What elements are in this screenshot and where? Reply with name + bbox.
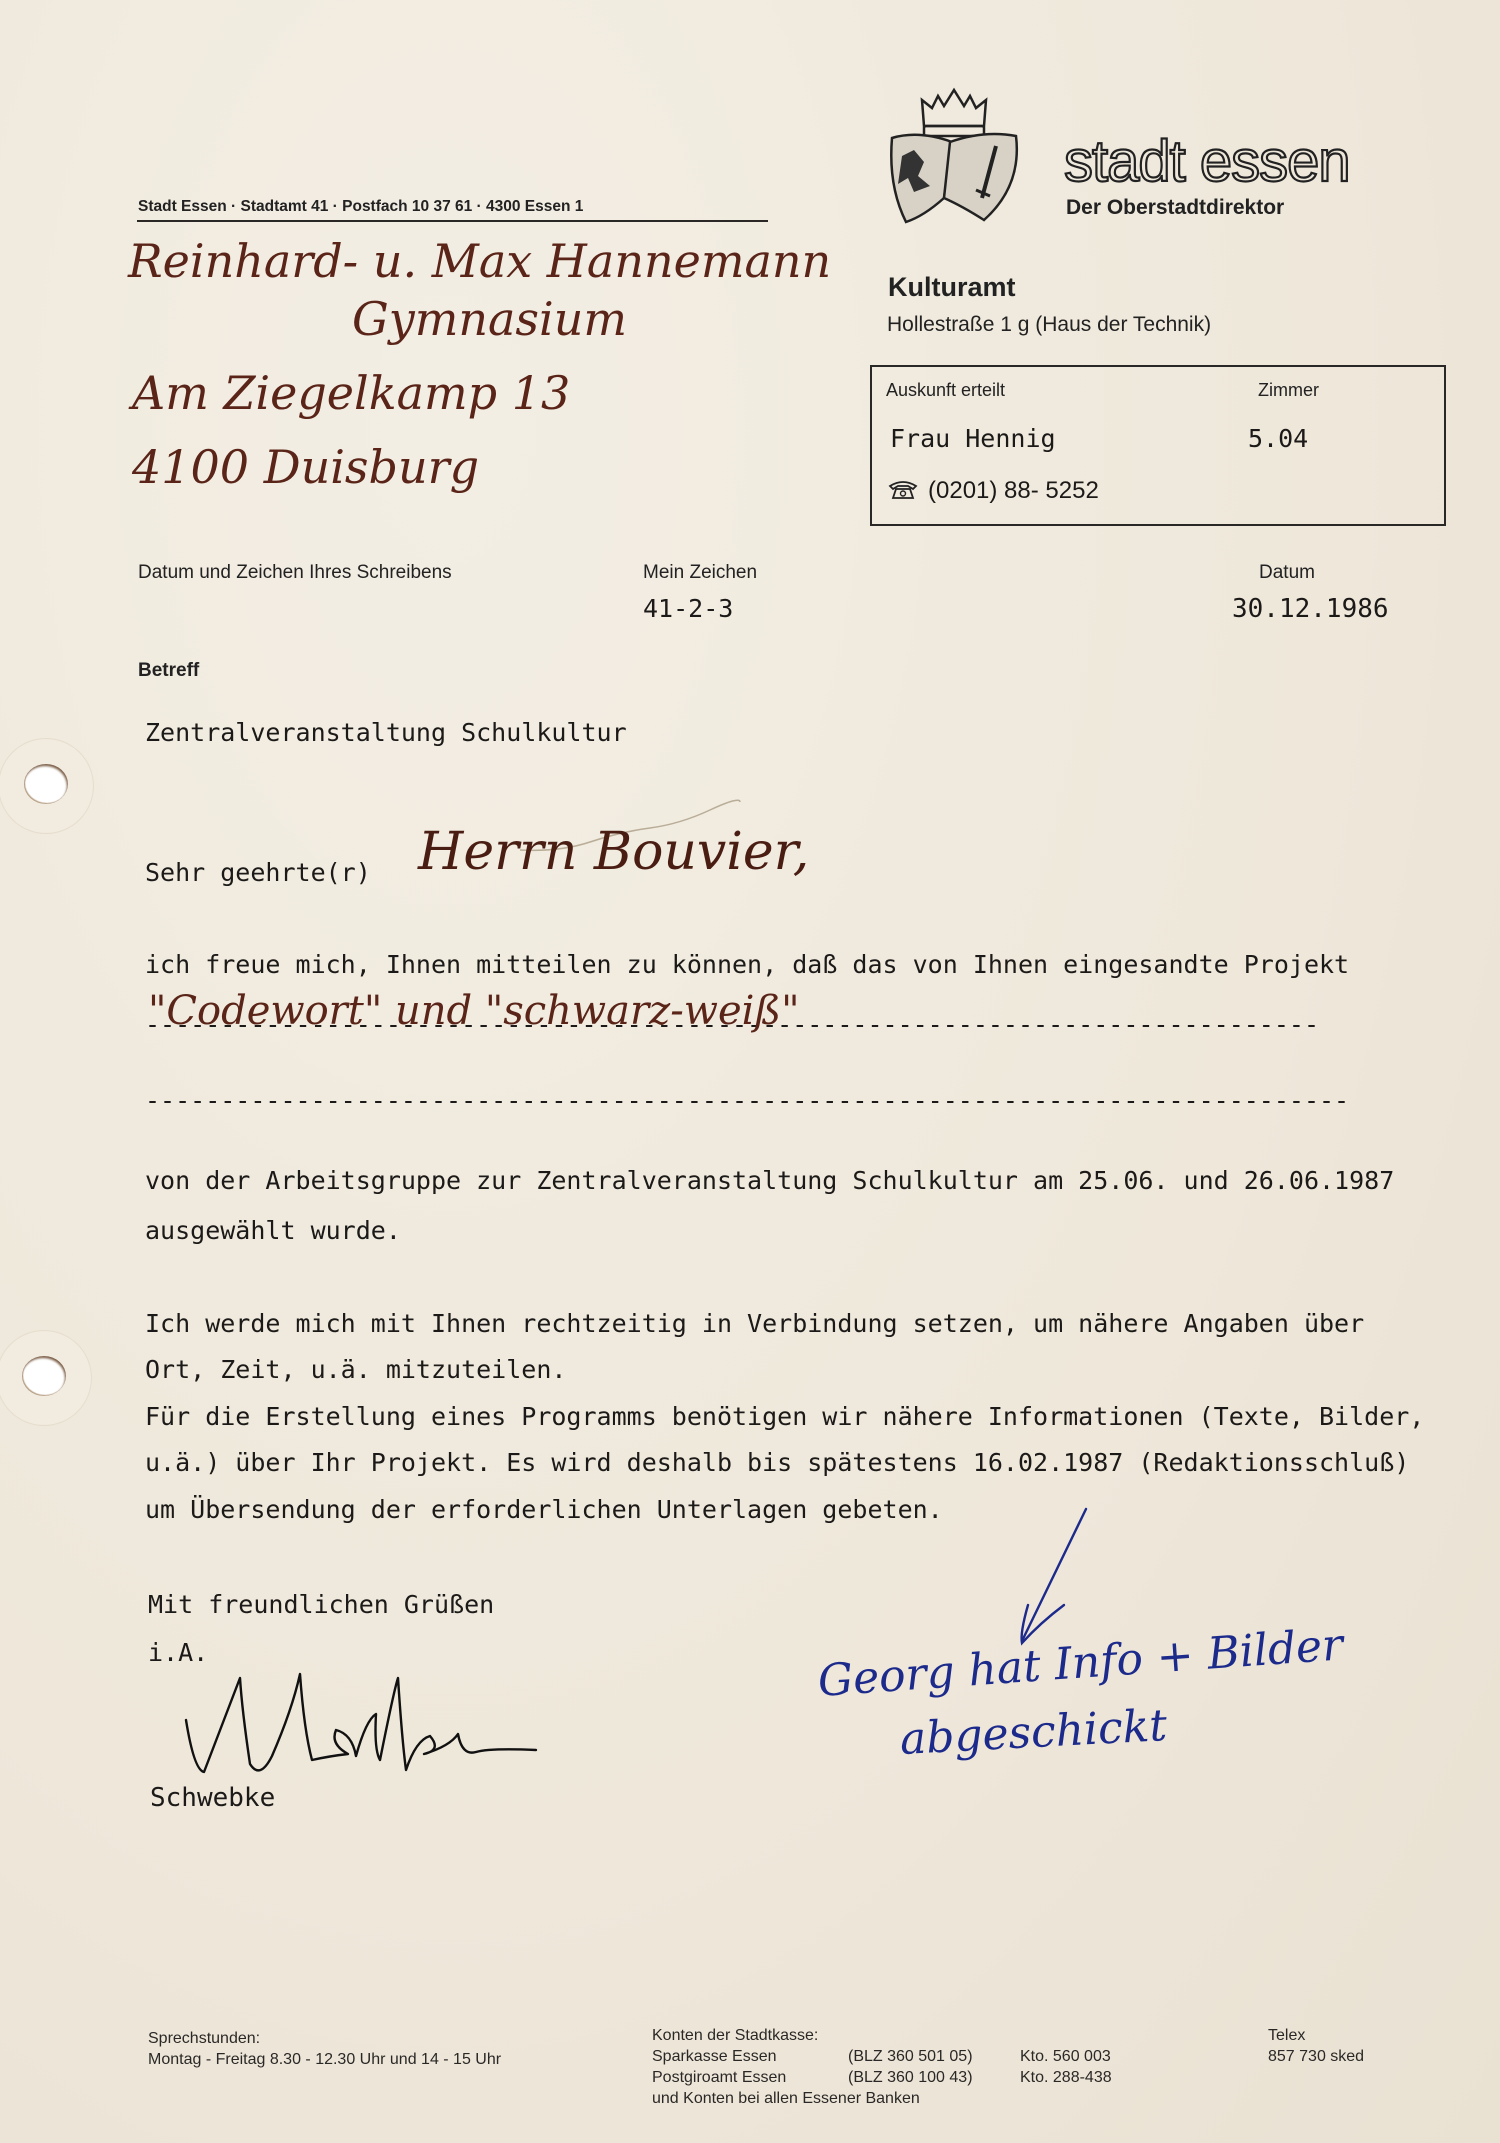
bank-account-row: Sparkasse Essen(BLZ 360 501 05)Kto. 560 …	[652, 2046, 1112, 2067]
telex-number: 857 730 sked	[1268, 2046, 1364, 2067]
letter-page	[0, 0, 1500, 2143]
telephone-icon	[888, 478, 918, 500]
body-line: Für die Erstellung eines Programms benöt…	[145, 1402, 1424, 1431]
room-number: 5.04	[1248, 424, 1308, 453]
bank-code: (BLZ 360 501 05)	[848, 2046, 1020, 2067]
subject-label: Betreff	[138, 660, 199, 682]
phone-number: (0201) 88- 5252	[928, 477, 1099, 504]
essen-coat-of-arms-icon	[884, 86, 1024, 226]
dotted-fill-line: ----------------------------------------…	[145, 1086, 1349, 1115]
date-value: 30.12.1986	[1232, 594, 1389, 624]
body-line: ausgewählt wurde.	[145, 1216, 401, 1245]
bank-name: Postgiroamt Essen	[652, 2067, 848, 2088]
signature-icon	[180, 1660, 560, 1790]
punch-hole	[0, 1330, 92, 1426]
telex-label: Telex	[1268, 2025, 1364, 2046]
body-line: ich freue mich, Ihnen mitteilen zu könne…	[145, 950, 1349, 979]
bank-accounts: Konten der Stadtkasse: Sparkasse Essen(B…	[652, 2025, 1112, 2109]
brand-subtitle: Der Oberstadtdirektor	[1066, 196, 1284, 220]
contact-phone: (0201) 88- 5252	[888, 477, 1099, 505]
accounts-label: Konten der Stadtkasse:	[652, 2025, 1112, 2046]
sender-return-address: Stadt Essen · Stadtamt 41 · Postfach 10 …	[138, 198, 583, 216]
subject-value: Zentralveranstaltung Schulkultur	[145, 718, 627, 747]
bank-account-row: Postgiroamt Essen(BLZ 360 100 43)Kto. 28…	[652, 2067, 1112, 2088]
office-hours-value: Montag - Freitag 8.30 - 12.30 Uhr und 14…	[148, 2049, 501, 2070]
salutation-handwritten-name: Herrn Bouvier,	[418, 822, 809, 882]
department-name: Kulturamt	[888, 272, 1016, 303]
divider	[137, 220, 768, 222]
project-handwritten: "Codewort" und "schwarz-weiß"	[148, 988, 800, 1034]
signer-name: Schwebke	[150, 1783, 275, 1813]
accounts-note: und Konten bei allen Essener Banken	[652, 2088, 1112, 2109]
my-reference-value: 41-2-3	[643, 594, 733, 623]
bank-name: Sparkasse Essen	[652, 2046, 848, 2067]
department-address: Hollestraße 1 g (Haus der Technik)	[887, 313, 1211, 337]
punch-hole	[0, 738, 94, 834]
bank-code: (BLZ 360 100 43)	[848, 2067, 1020, 2088]
closing-greeting: Mit freundlichen Grüßen	[148, 1590, 494, 1619]
salutation-prefix: Sehr geehrte(r)	[145, 858, 371, 887]
body-line: u.ä.) über Ihr Projekt. Es wird deshalb …	[145, 1448, 1409, 1477]
contact-label: Auskunft erteilt	[886, 380, 1005, 401]
recipient-line: Reinhard- u. Max Hannemann	[128, 234, 831, 288]
account-number: Kto. 288-438	[1020, 2067, 1112, 2088]
date-label: Datum	[1259, 562, 1315, 584]
office-hours: Sprechstunden: Montag - Freitag 8.30 - 1…	[148, 2028, 501, 2070]
body-line: Ort, Zeit, u.ä. mitzuteilen.	[145, 1355, 566, 1384]
contact-name: Frau Hennig	[890, 424, 1056, 453]
room-label: Zimmer	[1258, 380, 1319, 401]
recipient-line: Gymnasium	[352, 292, 627, 346]
office-hours-label: Sprechstunden:	[148, 2028, 501, 2049]
your-reference-label: Datum und Zeichen Ihres Schreibens	[138, 562, 452, 584]
recipient-line: Am Ziegelkamp 13	[132, 366, 570, 420]
my-reference-label: Mein Zeichen	[643, 562, 757, 584]
body-line: Ich werde mich mit Ihnen rechtzeitig in …	[145, 1309, 1364, 1338]
account-number: Kto. 560 003	[1020, 2046, 1111, 2067]
recipient-line: 4100 Duisburg	[132, 440, 479, 494]
brand-wordmark: stadt essen	[1064, 128, 1350, 195]
telex-info: Telex 857 730 sked	[1268, 2025, 1364, 2067]
body-line: von der Arbeitsgruppe zur Zentralveranst…	[145, 1166, 1394, 1195]
